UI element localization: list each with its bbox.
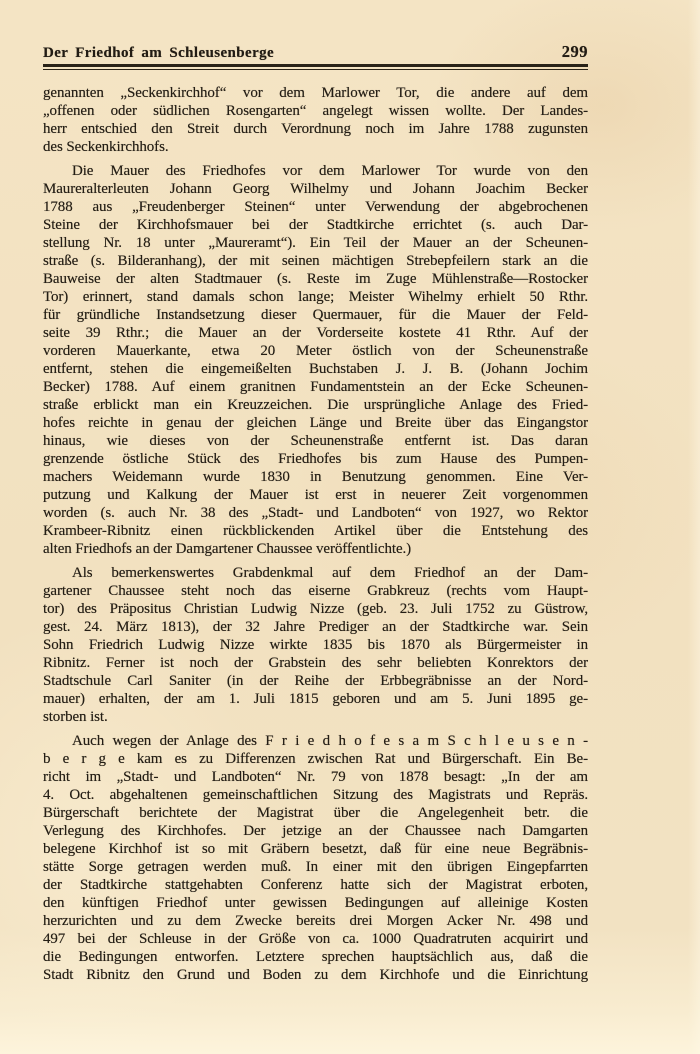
- text-line: straße erblickt man ein Kreuzzeichen. Di…: [43, 396, 588, 414]
- text-line: belegene Kirchhof ist so mit Gräbern bes…: [43, 840, 588, 858]
- paragraph: genannten „Seckenkirchhof“ vor dem Marlo…: [43, 84, 588, 156]
- paragraph: Als bemerkenswertes Grabdenkmal auf dem …: [43, 564, 588, 726]
- text-line: richt im „Stadt- und Landboten“ Nr. 79 v…: [43, 768, 588, 786]
- running-header-title: Der Friedhof am Schleusenberge: [43, 45, 274, 62]
- text-line: des Seckenkirchhofs.: [43, 138, 588, 156]
- text-line: putzung und Kalkung der Mauer ist erst i…: [43, 486, 588, 504]
- text-line: Becker) 1788. Auf einem granitnen Fundam…: [43, 378, 588, 396]
- text-line: Stadt Ribnitz den Grund und Boden zu dem…: [43, 966, 588, 984]
- text-line: tor) des Präpositus Christian Ludwig Niz…: [43, 600, 588, 618]
- text-line: storben ist.: [43, 708, 588, 726]
- text-line: Stadtschule Carl Saniter (in der Reihe d…: [43, 672, 588, 690]
- text-line: Die Mauer des Friedhofes vor dem Marlowe…: [43, 162, 588, 180]
- text-line: machers Weidemann wurde 1830 in Benutzun…: [43, 468, 588, 486]
- text-line: straße (s. Bilderanhang), der mit seinen…: [43, 252, 588, 270]
- text-line: für gründliche Instandsetzung dieser Que…: [43, 306, 588, 324]
- text-line: vorderen Mauerkante, etwa 20 Meter östli…: [43, 342, 588, 360]
- text-line: Steine der Kirchhofsmauer bei der Stadtk…: [43, 216, 588, 234]
- paragraph: Die Mauer des Friedhofes vor dem Marlowe…: [43, 162, 588, 558]
- text-line: den künftigen Friedhof unter gewissen Be…: [43, 894, 588, 912]
- paragraph: Auch wegen der Anlage des F r i e d h o …: [43, 732, 588, 984]
- text-line: genannten „Seckenkirchhof“ vor dem Marlo…: [43, 84, 588, 102]
- page-number: 299: [562, 42, 588, 62]
- text-line: 4. Oct. abgehaltenen gemeinschaftlichen …: [43, 786, 588, 804]
- text-line: Maureralterleuten Johann Georg Wilhelmy …: [43, 180, 588, 198]
- text-line: alten Friedhofs an der Damgartener Chaus…: [43, 540, 588, 558]
- header-rule: [43, 64, 588, 70]
- text-line: die Bedingungen entworfen. Letztere spre…: [43, 948, 588, 966]
- page-body: genannten „Seckenkirchhof“ vor dem Marlo…: [43, 84, 588, 990]
- text-line: hinaus, wie dieses von der Scheunenstraß…: [43, 432, 588, 450]
- text-line: herzurichten und zu dem Zwecke bereits d…: [43, 912, 588, 930]
- text-line: mauer) erhalten, der am 1. Juli 1815 geb…: [43, 690, 588, 708]
- text-line: b e r g e kam es zu Differenzen zwischen…: [43, 750, 588, 768]
- text-line: stätte Sorge getragen werden muß. In ein…: [43, 858, 588, 876]
- text-line: herr entschied den Streit durch Verordnu…: [43, 120, 588, 138]
- text-line: Als bemerkenswertes Grabdenkmal auf dem …: [43, 564, 588, 582]
- text-line: entfernt, stehen die eingemeißelten Buch…: [43, 360, 588, 378]
- text-line: 1788 aus „Freudenberger Steinen“ unter V…: [43, 198, 588, 216]
- text-line: Ribnitz. Ferner ist noch der Grabstein d…: [43, 654, 588, 672]
- text-line: Sohn Friedrich Ludwig Nizze wirkte 1835 …: [43, 636, 588, 654]
- running-header: Der Friedhof am Schleusenberge 299: [43, 42, 588, 62]
- text-line: der Stadtkirche stattgehabten Conferenz …: [43, 876, 588, 894]
- text-line: gartener Chaussee steht noch das eiserne…: [43, 582, 588, 600]
- text-line: 497 bei der Schleuse in der Größe von ca…: [43, 930, 588, 948]
- text-line: Auch wegen der Anlage des F r i e d h o …: [43, 732, 588, 750]
- text-line: „offenen oder südlichen Rosengarten“ ang…: [43, 102, 588, 120]
- text-line: Krambeer-Ribnitz einen rückblickenden Ar…: [43, 522, 588, 540]
- text-line: gest. 24. März 1813), der 32 Jahre Predi…: [43, 618, 588, 636]
- text-line: Tor) erinnert, stand damals schon lange;…: [43, 288, 588, 306]
- text-line: worden (s. auch Nr. 38 des „Stadt- und L…: [43, 504, 588, 522]
- text-line: Verlegung des Kirchhofes. Der jetzige an…: [43, 822, 588, 840]
- page-edge-highlight: [688, 0, 700, 1054]
- text-line: Bauweise der alten Stadtmauer (s. Reste …: [43, 270, 588, 288]
- text-line: hofes reichte in genau der gleichen Läng…: [43, 414, 588, 432]
- text-line: stellung Nr. 18 unter „Maureramt“). Ein …: [43, 234, 588, 252]
- text-line: grenzende östliche Stück des Friedhofes …: [43, 450, 588, 468]
- text-line: Bürgerschaft berichtete der Magistrat üb…: [43, 804, 588, 822]
- text-line: seite 39 Rthr.; die Mauer an der Vorders…: [43, 324, 588, 342]
